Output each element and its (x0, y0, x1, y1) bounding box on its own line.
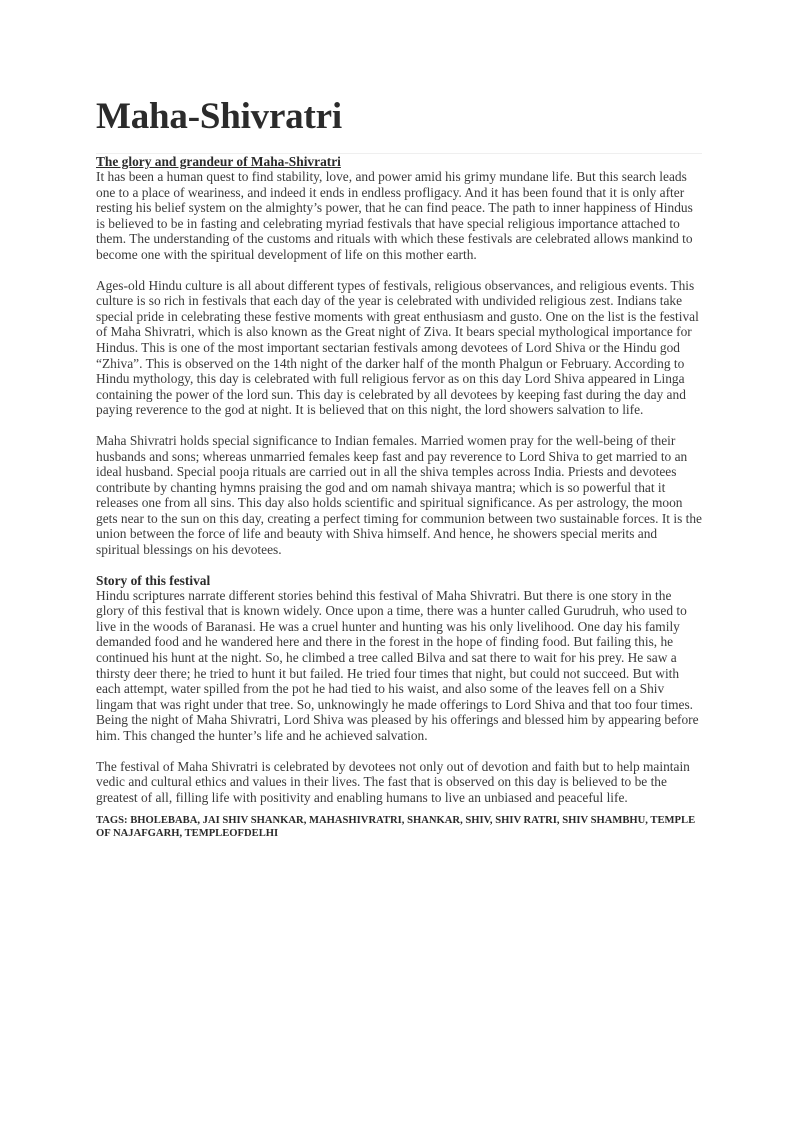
section-heading: The glory and grandeur of Maha-Shivratri (96, 154, 702, 169)
section-heading: Story of this festival (96, 573, 702, 588)
paragraph: Hindu scriptures narrate different stori… (96, 588, 702, 744)
document-page: Maha-Shivratri The glory and grandeur of… (96, 96, 702, 841)
tags-list: TAGS: BHOLEBABA, JAI SHIV SHANKAR, MAHAS… (96, 815, 702, 840)
paragraph: Ages-old Hindu culture is all about diff… (96, 278, 702, 418)
paragraph: The festival of Maha Shivratri is celebr… (96, 759, 702, 806)
page-title: Maha-Shivratri (96, 96, 702, 138)
section-glory: The glory and grandeur of Maha-Shivratri… (96, 154, 702, 558)
section-story: Story of this festival Hindu scriptures … (96, 573, 702, 806)
paragraph: It has been a human quest to find stabil… (96, 169, 702, 263)
paragraph: Maha Shivratri holds special significanc… (96, 433, 702, 558)
